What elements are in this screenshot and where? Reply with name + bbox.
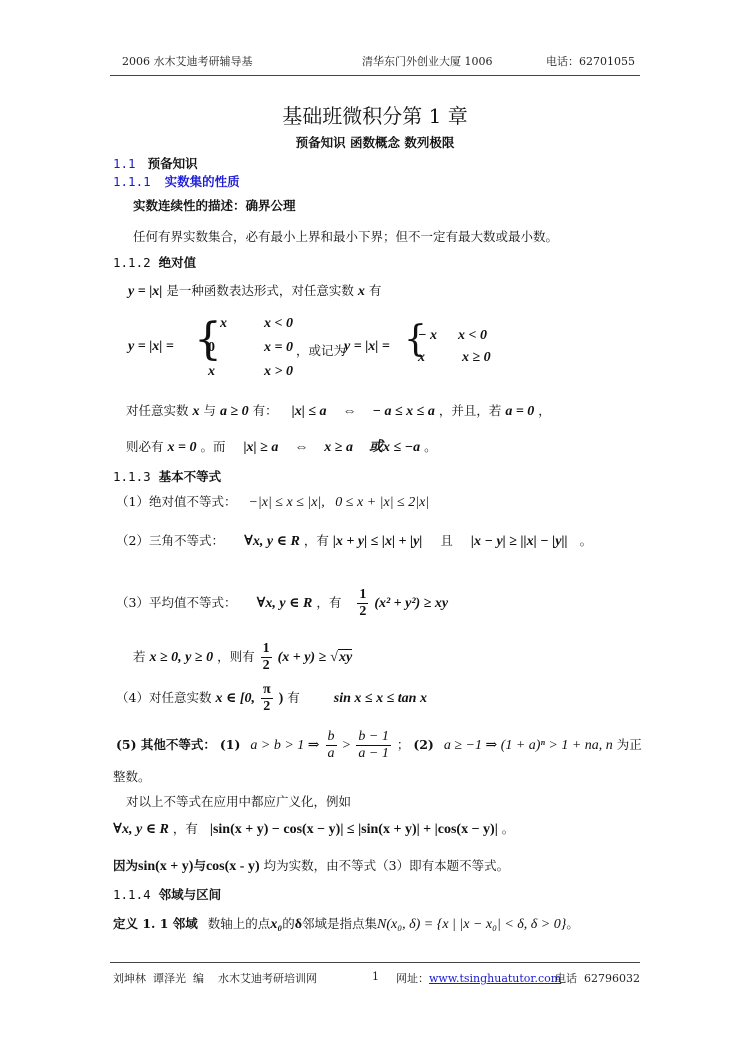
definition-1-1: 定义 1. 1 邻域 数轴上的点x₀的δ邻域是指点集N(x₀, δ) = {x … [113, 914, 579, 933]
sqrt-symbol: √ [330, 650, 338, 665]
text: 与 [203, 403, 216, 418]
section-title: 邻域与区间 [159, 887, 222, 902]
text: 有： [253, 403, 278, 418]
case-cond: x ≥ 0 [462, 350, 491, 366]
text: 是一种函数表达形式，对任意实数 [166, 283, 354, 298]
continuity-body: 任何有界实数集合，必有最小上界和最小下界；但不一定有最大数或最小数。 [133, 227, 558, 245]
formula: sin(x + y) [138, 859, 193, 874]
formula: x ≥ 0, y ≥ 0 [150, 650, 214, 665]
text: 有 [369, 283, 382, 298]
numerator: 1 [261, 642, 272, 658]
case-cond: x > 0 [264, 364, 293, 380]
formula: −|x| ≤ x ≤ |x|, 0 ≤ x + |x| ≤ 2|x| [248, 495, 429, 510]
inequality-2: （2）三角不等式： ∀x, y ∈ R ，有 |x + y| ≤ |x| + |… [116, 531, 592, 550]
case-expr: − x [208, 316, 227, 332]
page-subtitle: 预备知识 函数概念 数列极限 [0, 133, 750, 151]
section-title: 预备知识 [148, 156, 198, 171]
formula: a ≥ −1 ⇒ (1 + a)ⁿ > 1 + na, n [444, 738, 613, 753]
section-number: 1.1.3 [113, 469, 151, 484]
text: 。 [580, 533, 593, 548]
fraction: 12 [357, 588, 368, 619]
numerator: 1 [357, 588, 368, 604]
text: 数轴上的点 [208, 916, 271, 931]
formula: ∀x, y ∈ R [256, 596, 312, 611]
footer-site: 网址：www.tsinghuatutor.com [396, 970, 561, 986]
fraction: π2 [261, 683, 273, 714]
text: 为正 [617, 737, 642, 752]
because-text: 因为sin(x + y)与cos(x - y) 均为实数，由不等式（3）即有本题… [113, 856, 509, 875]
text: 因为 [113, 858, 138, 873]
denominator: 2 [261, 699, 273, 714]
case-expr: − x [418, 328, 437, 344]
abs-property-1: 对任意实数 x 与 a ≥ 0 有： |x| ≤ a ⇔ − a ≤ x ≤ a… [126, 401, 551, 420]
formula: x = 0 [168, 440, 197, 455]
denominator: 2 [357, 604, 368, 619]
case-cond: x < 0 [458, 328, 487, 344]
formula: x ∈ [0, [215, 691, 255, 706]
item-number: (1) [220, 737, 241, 752]
text: 。 [566, 916, 579, 931]
website-link[interactable]: www.tsinghuatutor.com [429, 972, 561, 985]
formula-lhs: y = |x| = [128, 339, 174, 355]
label: （2）三角不等式： [116, 533, 224, 548]
text: ，并且，若 [439, 403, 502, 418]
formula: (x² + y²) ≥ xy [374, 596, 448, 611]
abs-intro: y = |x| 是一种函数表达形式，对任意实数 x 有 [128, 281, 381, 300]
text: 均为实数，由不等式（3）即有本题不等式。 [264, 858, 509, 873]
case-cond: x < 0 [264, 316, 293, 332]
numerator: b − 1 [356, 730, 390, 746]
section-1-1-3: 1.1.3 基本不等式 [113, 467, 221, 485]
formula: δ [295, 917, 302, 932]
page-title: 基础班微积分第 1 章 [0, 100, 750, 129]
denominator: a − 1 [356, 746, 390, 761]
inequality-5-wrap: 整数。 [113, 767, 151, 785]
label: （4）对任意实数 [116, 690, 211, 705]
sqrt-radicand: xy [338, 649, 352, 665]
case-expr: x [208, 364, 215, 380]
formula: 或x ≤ −a [369, 440, 420, 455]
section-title: 绝对值 [159, 255, 197, 270]
text: ； [397, 737, 410, 752]
formula-lhs-2: y = |x| = [344, 339, 390, 355]
numerator: π [261, 683, 273, 699]
fraction: 12 [261, 642, 272, 673]
text: ，有 [173, 821, 198, 836]
text: ，有 [304, 533, 329, 548]
section-number: 1.1.4 [113, 887, 151, 902]
text: ，则有 [217, 649, 255, 664]
iff-symbol: ⇔ [294, 440, 308, 455]
case-cond: x = 0 [264, 340, 293, 356]
text: 且 [440, 533, 453, 548]
case-expr: 0 [208, 340, 215, 356]
abs-definition: y = |x| = { − x x < 0 0 x = 0 x x > 0 ，或… [128, 312, 548, 382]
footer-authors: 刘坤林 谭泽光 编 水木艾迪考研培训网 [113, 970, 317, 986]
section-1-1-1: 1.1.1 实数集的性质 [113, 172, 240, 190]
continuity-heading: 实数连续性的描述：确界公理 [133, 196, 296, 214]
fraction: ba [326, 730, 337, 761]
section-number: 1.1.2 [113, 255, 151, 270]
iff-symbol: ⇔ [343, 404, 357, 419]
header-left: 2006 水木艾迪考研辅导基 [122, 53, 253, 69]
text: ，有 [316, 595, 341, 610]
label: （1）绝对值不等式： [116, 494, 236, 509]
section-number: 1.1 [113, 156, 136, 171]
denominator: a [326, 746, 337, 761]
formula: ∀x, y ∈ R [113, 822, 169, 837]
section-1-1-2: 1.1.2 绝对值 [113, 253, 196, 271]
text: 若 [133, 649, 146, 664]
formula: |x| ≥ a [243, 440, 278, 455]
footer-rule [110, 962, 640, 963]
item-number: (2) [413, 737, 434, 752]
var: x [193, 404, 200, 419]
text: 与 [193, 858, 206, 873]
formula: a > b > 1 ⇒ [250, 738, 319, 753]
inequality-3b: 若 x ≥ 0, y ≥ 0 ，则有 12 (x + y) ≥ √xy [133, 642, 352, 673]
text: 。而 [200, 439, 225, 454]
case-expr: x [418, 350, 425, 366]
formula: a = 0 [505, 404, 534, 419]
section-1-1-4: 1.1.4 邻域与区间 [113, 885, 221, 903]
formula: |x + y| ≤ |x| + |y| [333, 534, 423, 549]
formula: |sin(x + y) − cos(x − y)| ≤ |sin(x + y)|… [210, 822, 498, 837]
formula: y = |x| [128, 284, 162, 299]
section-1-1: 1.1 预备知识 [113, 154, 198, 172]
section-number: 1.1.1 [113, 174, 151, 189]
text: 。 [502, 821, 515, 836]
text: 的 [282, 916, 295, 931]
formula: |x − y| ≥ ||x| − |y|| [471, 534, 568, 549]
or-text: ，或记为 [296, 341, 346, 359]
section-title: 基本不等式 [159, 469, 222, 484]
label: （3）平均值不等式： [116, 595, 236, 610]
text: 邻域是指点集 [302, 916, 377, 931]
site-label: 网址： [396, 972, 429, 985]
section-title: 实数集的性质 [165, 174, 240, 189]
formula: ) [279, 691, 284, 706]
text: 则必有 [126, 439, 164, 454]
abs-property-2: 则必有 x = 0 。而 |x| ≥ a ⇔ x ≥ a 或x ≤ −a 。 [126, 436, 437, 456]
definition-label: 定义 1. 1 邻域 [113, 916, 198, 931]
inequality-1: （1）绝对值不等式： −|x| ≤ x ≤ |x|, 0 ≤ x + |x| ≤… [116, 492, 429, 511]
text: 。 [424, 439, 437, 454]
denominator: 2 [261, 658, 272, 673]
generalize-formula: ∀x, y ∈ R ，有 |sin(x + y) − cos(x − y)| ≤… [113, 819, 514, 838]
header-rule [110, 75, 640, 76]
formula: x₀ [270, 917, 282, 932]
formula: x ≥ a [324, 440, 353, 455]
header-right: 电话：62701055 [546, 53, 635, 69]
text: ， [538, 403, 551, 418]
label: (5) 其他不等式： [116, 737, 216, 752]
var: x [358, 284, 365, 299]
formula: > [342, 738, 350, 753]
header-center: 清华东门外创业大厦 1006 [362, 53, 493, 69]
formula: (x + y) ≥ [278, 650, 327, 665]
formula: N(x₀, δ) = {x | |x − x₀| < δ, δ > 0} [377, 917, 566, 932]
text: 对任意实数 [126, 403, 189, 418]
inequality-4: （4）对任意实数 x ∈ [0, π2 ) 有 sin x ≤ x ≤ tan … [116, 683, 427, 714]
formula: |x| ≤ a [292, 404, 327, 419]
page-number: 1 [372, 970, 379, 983]
numerator: b [326, 730, 337, 746]
formula: sin x ≤ x ≤ tan x [334, 691, 427, 706]
formula: cos(x - y) [206, 859, 260, 874]
inequality-3: （3）平均值不等式： ∀x, y ∈ R ，有 12 (x² + y²) ≥ x… [116, 588, 448, 619]
generalize-text: 对以上不等式在应用中都应广义化，例如 [126, 792, 351, 810]
text: 有 [287, 690, 300, 705]
formula: − a ≤ x ≤ a [372, 404, 434, 419]
inequality-5: (5) 其他不等式： (1) a > b > 1 ⇒ ba > b − 1a −… [116, 730, 642, 761]
fraction: b − 1a − 1 [356, 730, 390, 761]
footer-phone: 电话 62796032 [555, 970, 640, 986]
formula: ∀x, y ∈ R [244, 534, 300, 549]
formula: a ≥ 0 [220, 404, 249, 419]
